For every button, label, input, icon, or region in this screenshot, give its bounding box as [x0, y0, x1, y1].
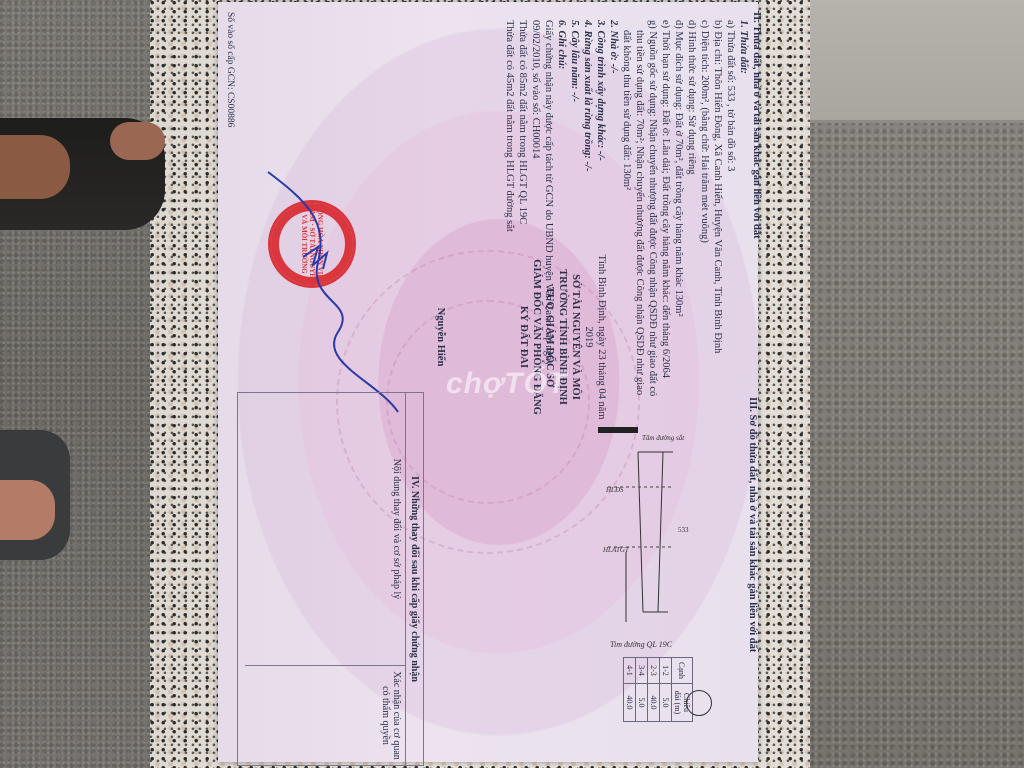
svg-text:HLĐS: HLĐS — [605, 486, 624, 494]
table-header: Cạnh — [672, 658, 693, 684]
section3-heading: III. Sơ đồ thửa đất, nhà ở và tài sản kh… — [747, 397, 758, 767]
changes-table: IV. Những thay đổi sau khi cấp giấy chứn… — [237, 392, 424, 766]
svg-text:HLATGT: HLATGT — [602, 546, 630, 554]
parcel-number: a) Thửa đất số: 533 , tờ bản đồ số: 3 — [724, 12, 737, 532]
chotot-watermark: chợTỐT — [446, 367, 567, 401]
svg-text:533: 533 — [678, 526, 689, 534]
table-row: 2-340.0 — [648, 658, 660, 722]
table-row: 3-45.0 — [636, 658, 648, 722]
svg-text:Tim đường QL 19C: Tim đường QL 19C — [610, 640, 673, 649]
issue-date: Tỉnh Bình Định, ngày 23 tháng 04 năm 201… — [582, 252, 608, 422]
table-row: 1-25.0 — [660, 658, 672, 722]
changes-column-content: Nội dung thay đổi và cơ sở pháp lý — [245, 393, 405, 666]
land-certificate-page: II. Thửa đất, nhà ở và tài sản khác gắn … — [218, 2, 758, 762]
north-arrow-icon — [686, 690, 712, 716]
foot-toe — [110, 122, 165, 160]
parcel-address: b) Địa chỉ: Thôn Hiển Đông, Xã Canh Hiển… — [711, 12, 724, 532]
table-row: 4-140.0 — [624, 658, 636, 722]
foot-skin-bottom — [0, 480, 55, 540]
svg-text:Tâm đường sắt: Tâm đường sắt — [642, 434, 685, 442]
changes-column-confirmation: Xác nhận của cơ quan có thẩm quyền — [245, 666, 405, 765]
stone-floor-left — [0, 0, 160, 768]
section4-heading: IV. Những thay đổi sau khi cấp giấy chứn… — [406, 393, 423, 765]
parcel-diagram: Tim đường QL 19C Tâm đường sắt HLĐS HLAT… — [598, 422, 708, 652]
signature-scribble — [248, 162, 408, 422]
stone-step — [810, 0, 1024, 123]
foot-skin — [0, 135, 70, 199]
serial-number: Số vào sổ cấp GCN: CS00886 — [225, 12, 235, 252]
edge-length-table: CạnhChiều dài (m) 1-25.0 2-340.0 3-45.0 … — [623, 657, 693, 722]
